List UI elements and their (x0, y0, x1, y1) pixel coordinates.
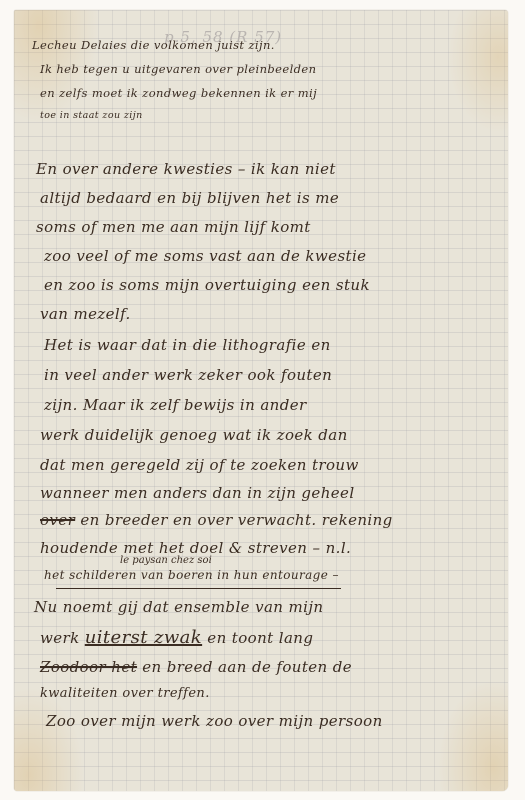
word-werk: werk (40, 629, 85, 647)
text-line-20: Nu noemt gij dat ensemble van mijn (34, 598, 323, 616)
text-line-4: toe in staat zou zijn (40, 110, 143, 121)
text-line-22-body: en breed aan de fouten de (142, 658, 352, 676)
text-line-7: soms of men me aan mijn lijf komt (36, 218, 311, 236)
struck-word-2: Zoodoor het (40, 658, 137, 676)
struck-word: over (40, 511, 75, 529)
text-line-11: Het is waar dat in die lithografie en (44, 336, 331, 354)
text-line-5: En over andere kwesties – ik kan niet (36, 160, 336, 178)
text-line-6: altijd bedaard en bij blijven het is me (40, 189, 339, 207)
text-line-8: zoo veel of me soms vast aan de kwestie (44, 247, 366, 265)
text-line-23: kwaliteiten over treffen. (40, 686, 210, 701)
text-line-1: Lecheu Delaies die volkomen juist zijn. (32, 38, 275, 52)
text-line-3: en zelfs moet ik zondweg bekennen ik er … (40, 86, 317, 100)
word-rest: en toont lang (207, 629, 313, 647)
text-line-16: wanneer men anders dan in zijn geheel (40, 484, 355, 502)
text-line-2: Ik heb tegen u uitgevaren over pleinbeel… (40, 62, 316, 76)
underline-stroke (56, 588, 341, 589)
text-line-17: over en breeder en over verwacht. rekeni… (40, 511, 393, 529)
text-line-24: Zoo over mijn werk zoo over mijn persoon (46, 712, 383, 730)
text-line-9: en zoo is soms mijn overtuiging een stuk (44, 276, 370, 294)
text-line-22: Zoodoor het en breed aan de fouten de (40, 658, 352, 676)
text-line-14: werk duidelijk genoeg wat ik zoek dan (40, 426, 348, 444)
text-line-13: zijn. Maar ik zelf bewijs in ander (44, 396, 307, 414)
text-line-21: werk uiterst zwak en toont lang (40, 627, 313, 648)
text-line-15: dat men geregeld zij of te zoeken trouw (40, 456, 359, 474)
interlinear-note: le paysan chez soi (120, 555, 212, 566)
text-line-17-body: en breeder en over verwacht. rekening (80, 511, 392, 529)
emphasized-text: uiterst zwak (85, 627, 202, 648)
text-line-10: van mezelf. (40, 305, 131, 323)
text-line-12: in veel ander werk zeker ook fouten (44, 366, 332, 384)
text-line-19: het schilderen van boeren in hun entoura… (44, 568, 339, 582)
